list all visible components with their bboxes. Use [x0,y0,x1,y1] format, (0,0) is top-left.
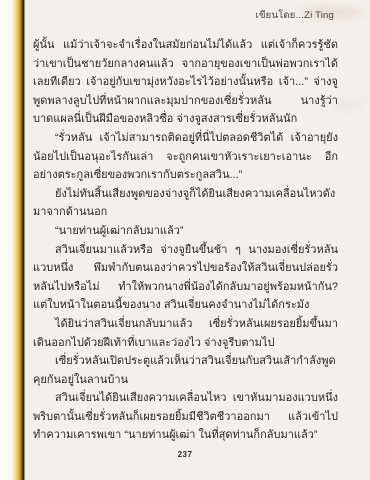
body-paragraph: สวินเจี่ยนได้ยินเสียงความเคลื่อนไหว เขาห… [33,389,338,445]
page-number: 237 [0,450,370,459]
body-paragraph: ผู้นั้น แม้ว่าเจ้าจะจำเรื่องในสมัยก่อนไม… [33,36,338,129]
body-paragraph: สวินเจี่ยนมาแล้วหรือ จ่างจูยืนขึ้นช้า ๆ … [33,241,338,315]
body-paragraph: “รั่วหลัน เจ้าไม่สามารถติดอยู่ที่นี่ไปตล… [33,129,338,185]
book-page: เขียนโดย...Zi Ting ผู้นั้น แม้ว่าเจ้าจะจ… [0,0,370,480]
body-paragraph: เซี่ยรั่วหลันเปิดประตูแล้วเห็นว่าสวินเจี… [33,352,338,389]
body-paragraph: ยังไม่ทันสิ้นเสียงพูดของจ่างจูก็ได้ยินเส… [33,185,338,222]
body-paragraph: “นายท่านผู้เฒ่ากลับมาแล้ว” [33,222,338,241]
book-spine-shadow [12,0,25,480]
scan-edge-margin [0,0,12,480]
page-header-author: เขียนโดย...Zi Ting [33,8,338,22]
body-paragraph: ได้ยินว่าสวินเจี่ยนกลับมาแล้ว เซี่ยรั่วห… [33,315,338,352]
body-text-block: ผู้นั้น แม้ว่าเจ้าจะจำเรื่องในสมัยก่อนไม… [33,36,338,445]
page-content: เขียนโดย...Zi Ting ผู้นั้น แม้ว่าเจ้าจะจ… [33,8,338,445]
